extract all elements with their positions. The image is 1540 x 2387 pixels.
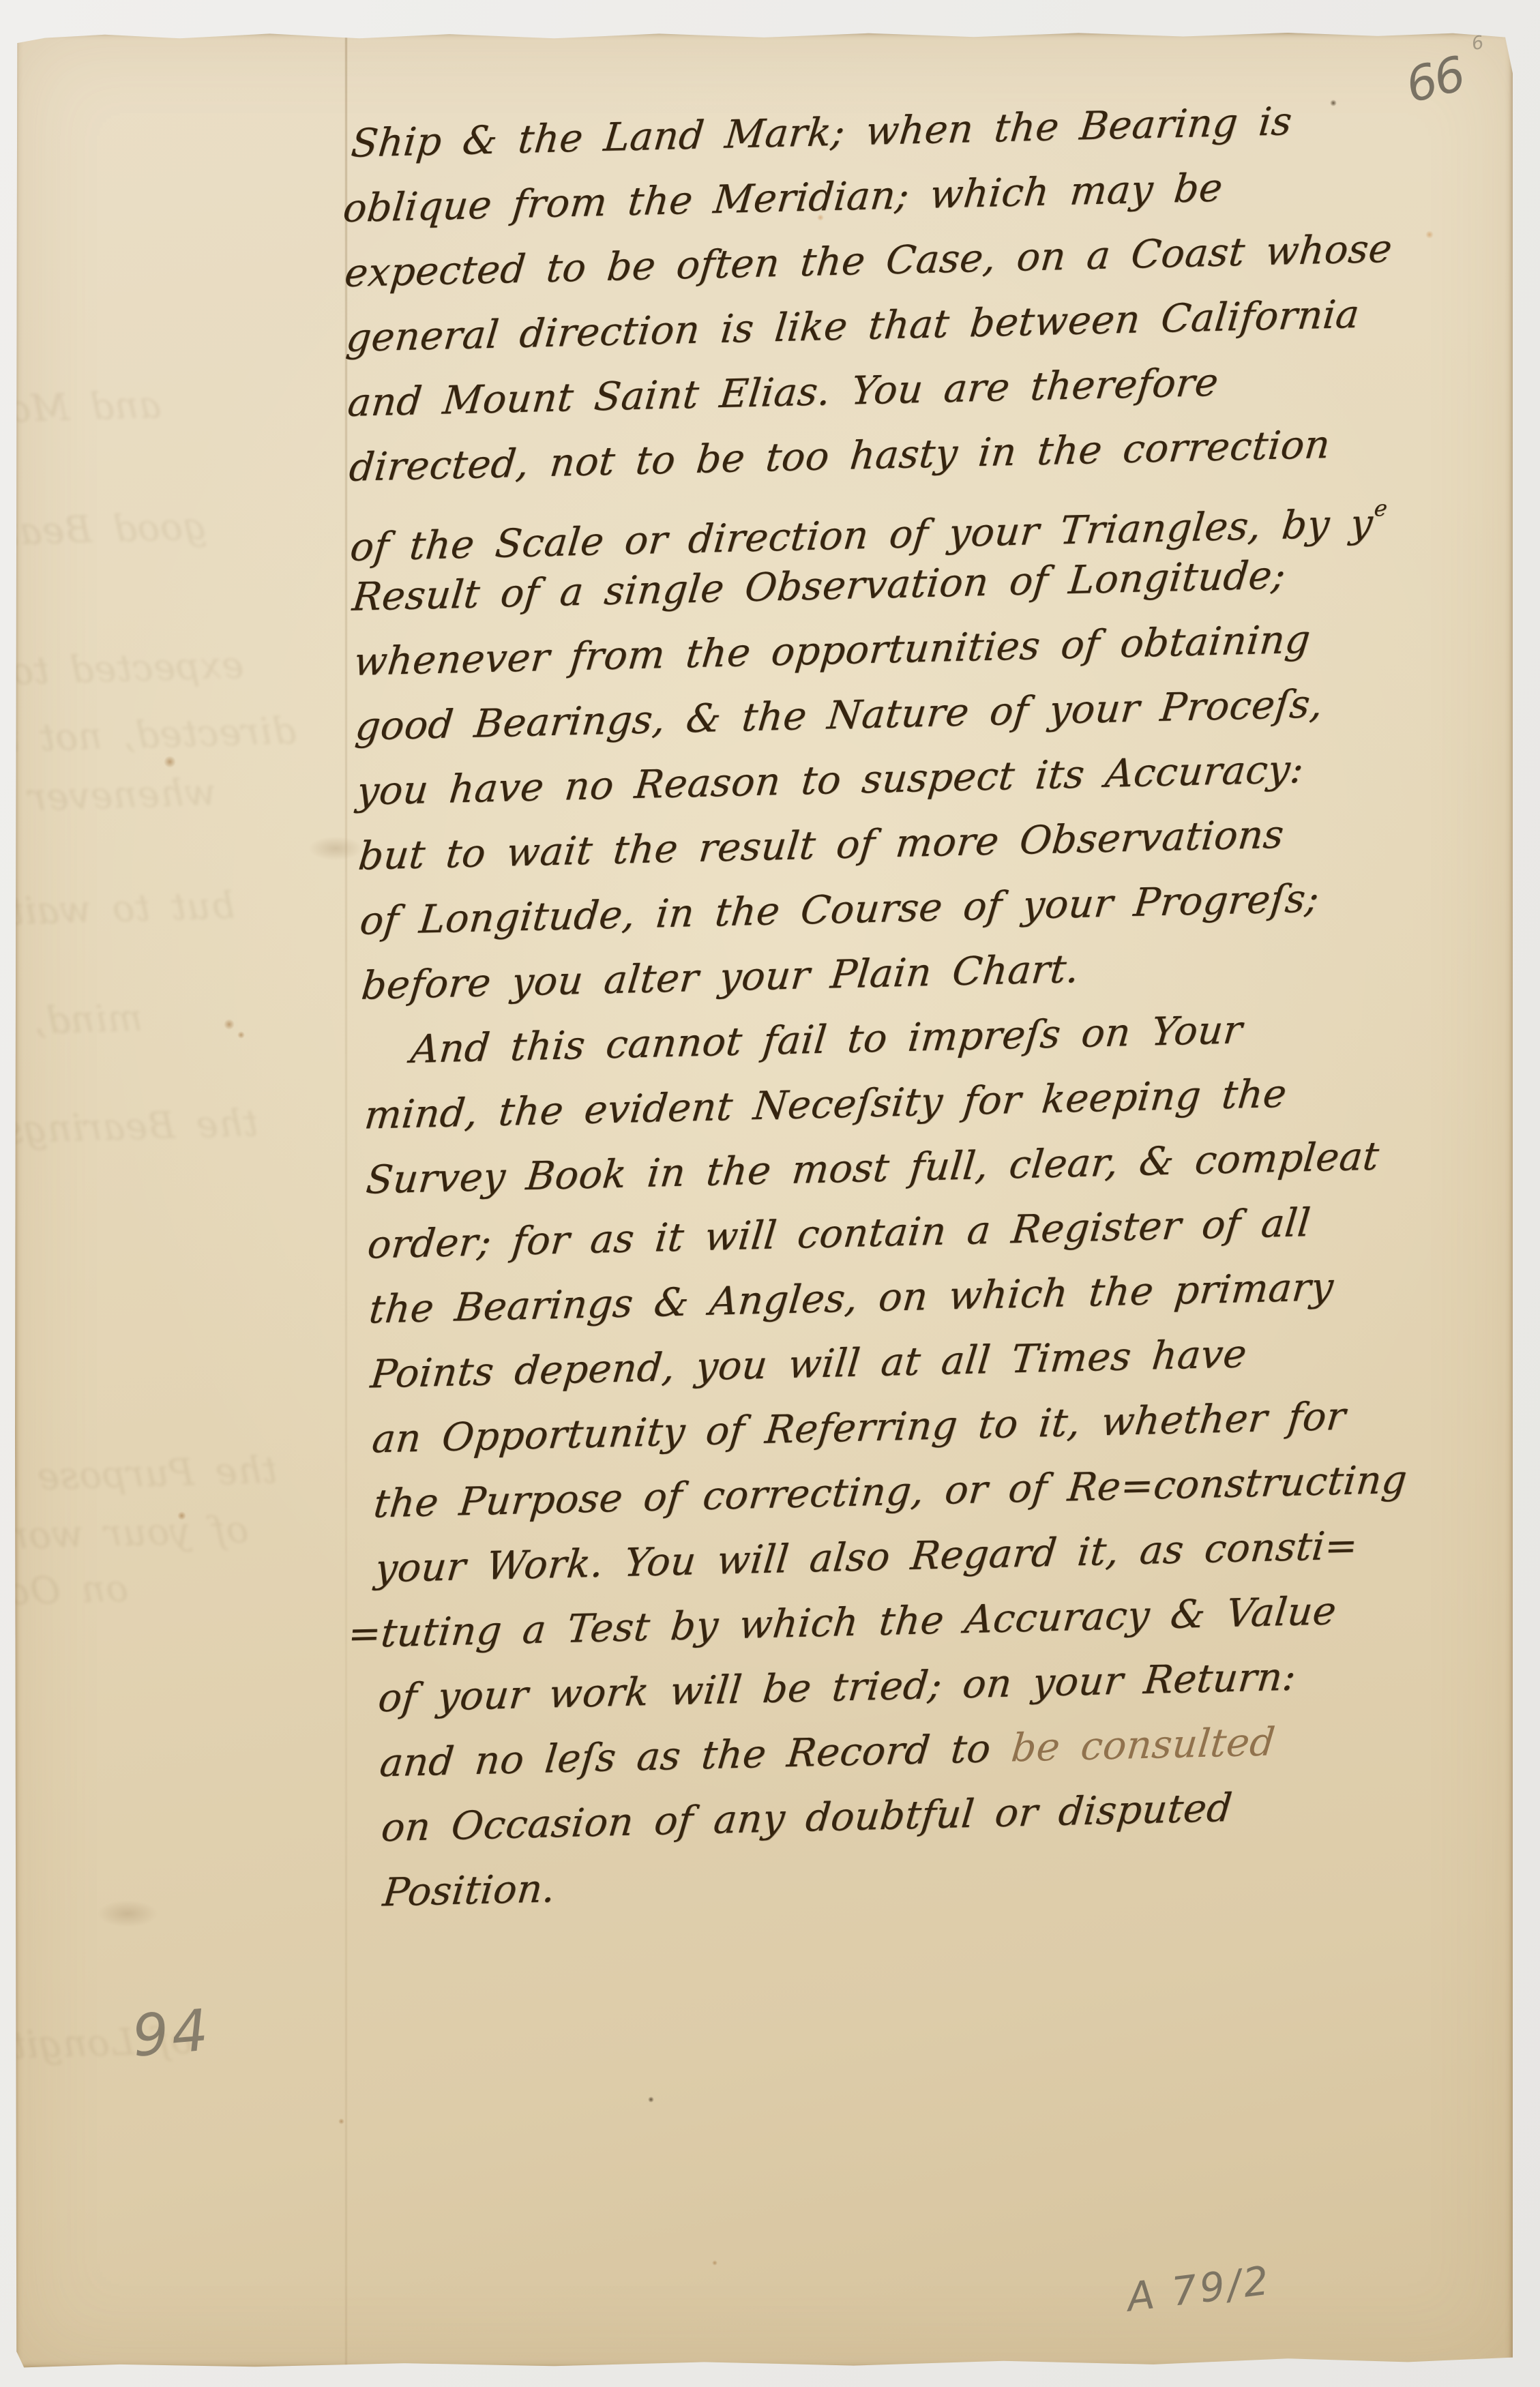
- ghost-line: good Bearings, & the Nature of your Proc…: [15, 496, 207, 583]
- line-segment: directed, not to be too hasty in the cor…: [347, 422, 1332, 490]
- line-segment: on Occasion of any doubtful or disputed: [379, 1785, 1234, 1851]
- foxing-spot: [164, 756, 176, 768]
- line-segment: mind, the evident Neceſsity for keeping …: [362, 1071, 1288, 1138]
- line-segment: be consulted: [1009, 1719, 1277, 1770]
- line-segment: your Work. You will also Regard it, as c…: [373, 1523, 1360, 1591]
- line-segment: an Opportunity of Referring to it, wheth…: [370, 1394, 1348, 1462]
- foxing-spot: [177, 1511, 186, 1520]
- line-segment: but to wait the result of more Observati…: [357, 812, 1286, 879]
- ink-speck: [648, 2096, 654, 2103]
- line-segment: e: [1373, 495, 1389, 522]
- ghost-line: directed, not to be too hasty in the cor…: [15, 700, 297, 788]
- manuscript-text: Ship & the Land Mark; when the Bearing i…: [341, 85, 1515, 1925]
- line-segment: whenever from the opportunities of obtai…: [352, 617, 1313, 685]
- ghost-line: of your work will be tried; on your Retu…: [15, 1499, 250, 1585]
- foxing-spot: [712, 2260, 717, 2266]
- line-segment: Position.: [381, 1866, 557, 1915]
- line-segment: order; for as it will contain a Register…: [366, 1200, 1313, 1268]
- line-segment: Ship & the Land Mark; when the Bearing i…: [349, 99, 1294, 166]
- corner-pencil-mark: 6: [1470, 32, 1485, 55]
- smudge: [308, 836, 363, 861]
- foxing-spot: [224, 1019, 235, 1030]
- line-segment: before you alter your Plain Chart.: [359, 947, 1081, 1009]
- ghost-line: and Mount Saint Elias. You are therefore: [15, 374, 162, 459]
- line-segment: you have no Reason to suspect its Accura…: [355, 747, 1305, 814]
- foxing-spot: [338, 2118, 344, 2124]
- line-segment: and no leſs as the Record to: [378, 1725, 1014, 1785]
- manuscript-page: expected to be often the Case, on a Coas…: [15, 31, 1513, 2368]
- line-segment: And this cannot fail to impreſs on Your: [409, 1007, 1244, 1072]
- line-segment: and Mount Saint Elias. You are therefore: [346, 360, 1221, 426]
- line-segment: Points depend, you will at all Times hav…: [368, 1331, 1249, 1397]
- ghost-line: on Occasion of any doubtful or disputed: [15, 1558, 129, 1642]
- line-segment: Result of a single Observation of Longit…: [351, 552, 1288, 619]
- ghost-line: expected to be often the Case, on a Coas…: [15, 634, 244, 724]
- line-segment: the Bearings & Angles, on which the prim…: [367, 1264, 1335, 1332]
- ghost-line: whenever from the opportunities of obtai…: [15, 762, 217, 849]
- shelfmark-pencil: A 79/2: [1125, 2257, 1274, 2320]
- ghost-line: of Longitude, in the Course of your Prog…: [15, 2010, 193, 2097]
- ghost-line: the Purpose of correcting, or of Re=cons…: [15, 1440, 278, 1529]
- line-segment: good Bearings, & the Nature of your Proc…: [353, 681, 1325, 750]
- ghost-line: mind, the evident Neceſsity for keeping …: [15, 988, 143, 1073]
- bottom-left-pencil-number: 94: [130, 1996, 213, 2070]
- smudge: [97, 1900, 158, 1927]
- line-segment: of Longitude, in the Course of your Prog…: [358, 876, 1321, 943]
- ghost-line: the Bearings & Angles, on which the prim…: [15, 1093, 258, 1180]
- foxing-spot: [237, 1031, 245, 1039]
- ghost-line: but to wait the result of more Observati…: [15, 875, 235, 962]
- line-segment: oblique from the Meridian; which may be: [341, 165, 1225, 231]
- line-segment: of your work will be tried; on your Retu…: [376, 1655, 1299, 1721]
